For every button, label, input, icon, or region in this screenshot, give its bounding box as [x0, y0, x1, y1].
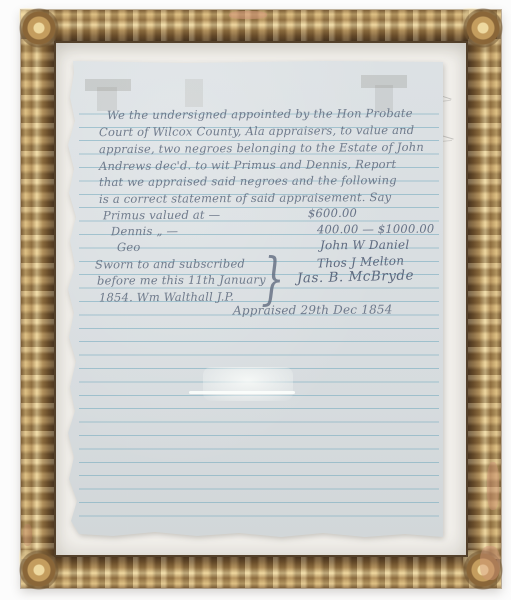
handwriting-line: Andrews dec'd. to wit Primus and Dennis,…: [99, 157, 396, 173]
gilt-frame: We the undersigned appointed by the Hon …: [21, 10, 501, 588]
valuation-label: Dennis „ —: [111, 224, 178, 238]
handwriting-line: is a correct statement of said appraisem…: [99, 190, 391, 206]
picture-mat: We the undersigned appointed by the Hon …: [54, 41, 468, 557]
frame-wear-spot: [480, 546, 500, 580]
photograph-background: We the undersigned appointed by the Hon …: [0, 0, 511, 600]
paper-sheet: We the undersigned appointed by the Hon …: [65, 61, 443, 537]
appraisal-date-line: Appraised 29th Dec 1854: [233, 302, 393, 317]
handwriting-line: Court of Wilcox County, Ala appraisers, …: [99, 123, 414, 139]
tape-residue-mark: [185, 79, 203, 107]
frame-corner-ornament: [19, 8, 59, 48]
frame-strip-left: [21, 39, 54, 559]
handwriting-line: We the undersigned appointed by the Hon …: [107, 106, 413, 122]
frame-corner-ornament: [463, 8, 503, 48]
attestation-line: 1854. Wm Walthall J.P.: [99, 290, 234, 305]
ledger-note: Geo: [117, 240, 141, 254]
frame-wear-spot: [487, 462, 499, 510]
signature: Jas. B. McBryde: [297, 267, 414, 286]
attestation-line: Sworn to and subscribed: [95, 256, 245, 271]
valuation-amount: 400.00 — $1000.00: [317, 222, 434, 237]
handwriting-line: that we appraised said negroes and the f…: [99, 173, 397, 189]
frame-corner-ornament: [19, 550, 59, 590]
manuscript-paper: We the undersigned appointed by the Hon …: [65, 61, 443, 537]
valuation-amount: $600.00: [308, 206, 357, 220]
valuation-label: Primus valued at —: [103, 208, 220, 223]
handwriting-line: appraise, two negroes belonging to the E…: [99, 140, 424, 156]
frame-strip-bottom: [21, 557, 501, 588]
abrasion-mark: [189, 391, 295, 394]
frame-wear-spot: [229, 11, 267, 19]
signature: John W Daniel: [320, 238, 409, 253]
attestation-line: before me this 11th January: [97, 272, 266, 287]
frame-wear-spot: [23, 524, 32, 546]
abrasion-mark: [203, 367, 293, 401]
